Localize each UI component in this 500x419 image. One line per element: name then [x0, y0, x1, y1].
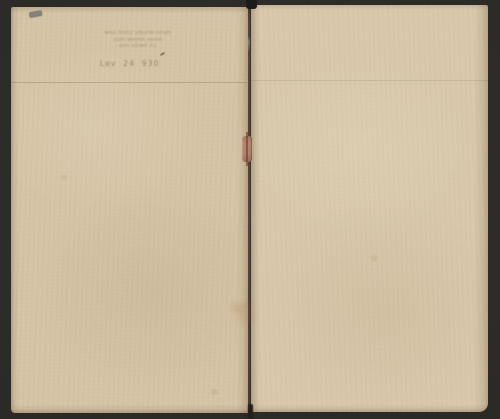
crease-line	[12, 82, 247, 83]
paper-freckle	[61, 175, 67, 180]
gutter-seal-mark	[242, 136, 252, 162]
scanned-book-spread: wnu mnnv vmurm nnvm nvm wmmn nuvm unn vm…	[0, 0, 500, 419]
stamp-line: unn vmwn nu	[104, 43, 172, 50]
gutter-bottom-notch	[248, 404, 253, 419]
stamp-line: wnu mnnv vmurm nnvm	[104, 30, 172, 37]
gutter-stain	[218, 290, 266, 336]
gutter-top-notch	[246, 0, 257, 9]
seal-core-line	[246, 132, 248, 166]
smudge-mark	[29, 10, 43, 17]
right-page	[251, 5, 488, 412]
paper-freckle	[371, 255, 378, 261]
ink-speck	[160, 52, 165, 56]
paper-freckle	[211, 389, 218, 395]
library-stamp: wnu mnnv vmurm nnvm nvm wmmn nuvm unn vm…	[104, 30, 172, 50]
gutter-seam-line	[248, 8, 250, 408]
crease-line	[251, 80, 488, 81]
left-page: wnu mnnv vmurm nnvm nvm wmmn nuvm unn vm…	[11, 7, 248, 413]
pencil-inscription: Lev 24 930	[100, 59, 170, 68]
